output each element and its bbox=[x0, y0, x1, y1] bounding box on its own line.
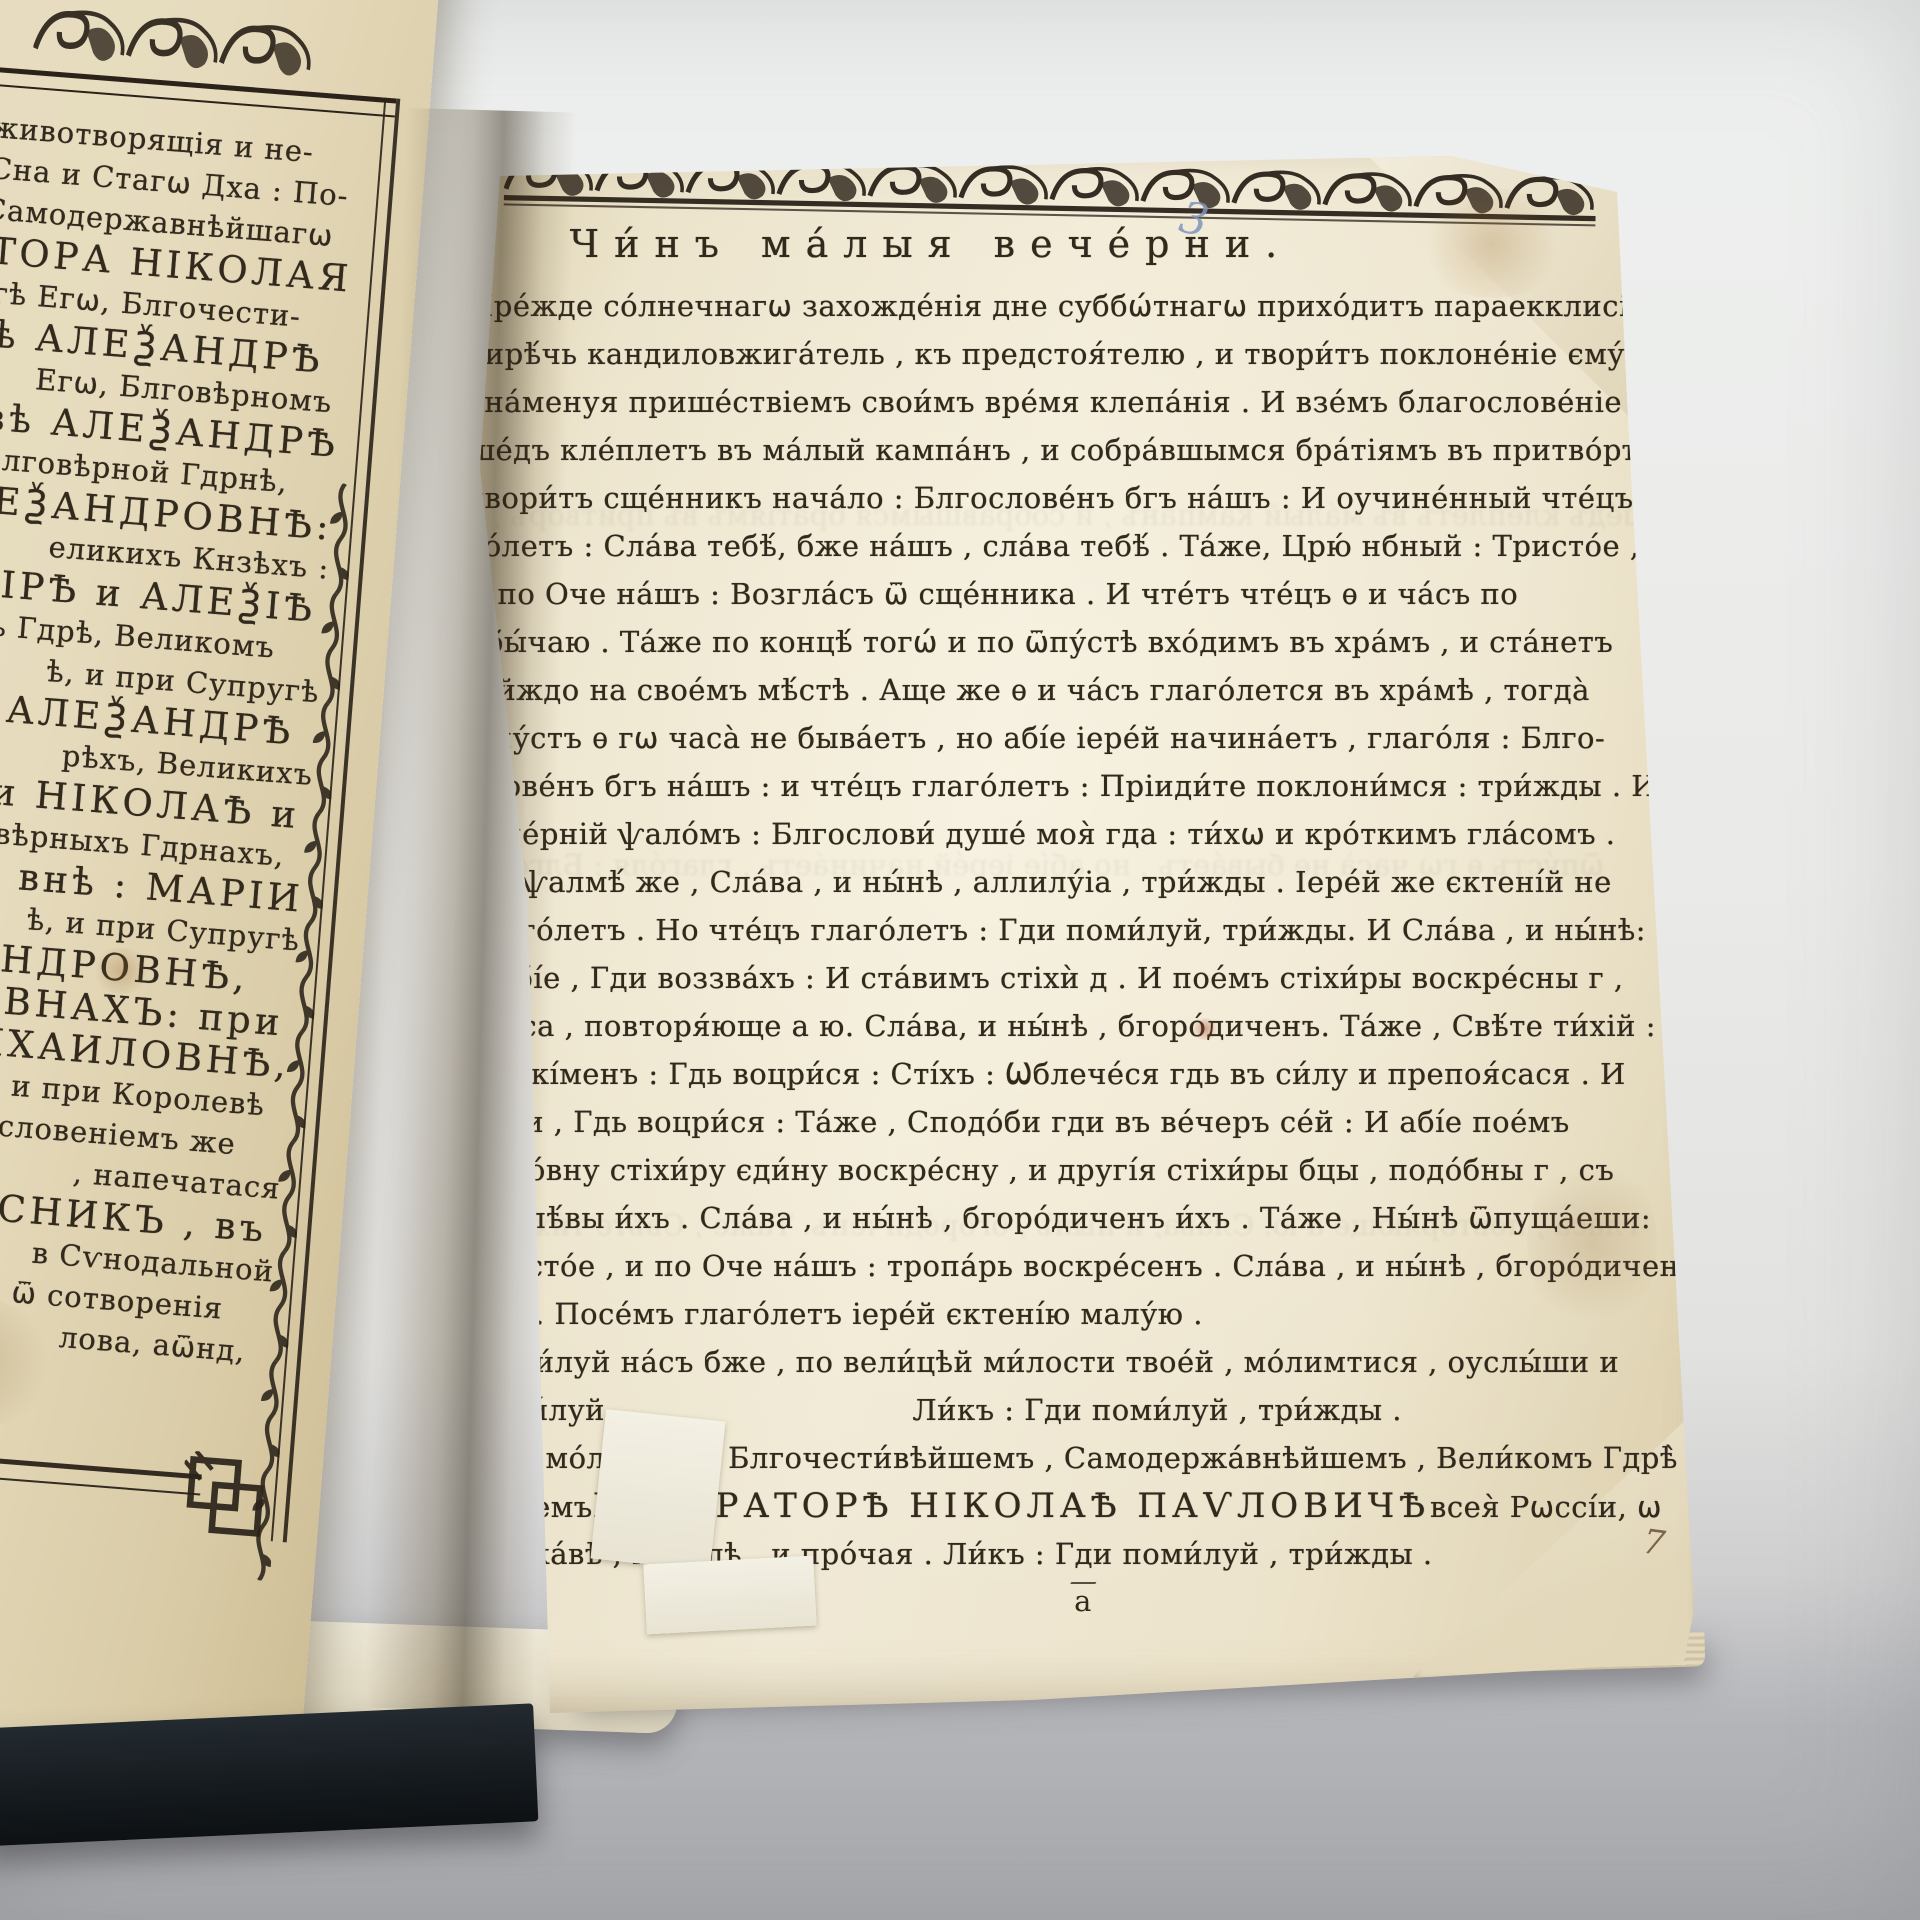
text-line: вече́рній ѱало́мъ : Блгослови́ душе́ моя… bbox=[468, 810, 1402, 858]
text-line: гла́са , повторя́юще а ю. Сла́ва, и ны́н… bbox=[468, 1002, 1402, 1050]
quire-signature: п ш bbox=[468, 1584, 554, 1618]
repair-tape bbox=[643, 1556, 816, 1635]
chapter-title: Чи́нъ ма́лыя вече́рни. bbox=[460, 222, 1402, 266]
text-line: ѿпу́стъ ѳ гѡ часа̀ не быва́етъ , но абі́… bbox=[468, 714, 1402, 762]
page-footer: п ш а bbox=[468, 1584, 1402, 1618]
text-line: слове́нъ бгъ на́шъ : и чте́цъ глаго́летъ… bbox=[468, 762, 1402, 810]
text-line: зна́менуя прише́ствіемъ свои́мъ вре́мя к… bbox=[468, 378, 1402, 426]
text-line: и по Оче на́шъ : Возгла́съ ѿ сще́нника .… bbox=[468, 570, 1402, 618]
litany-continuation: поми́луй . bbox=[468, 1386, 624, 1434]
text-line: Тристо́е , и по Оче на́шъ : тропа́рь вос… bbox=[468, 1242, 1402, 1290]
choir-response: Ли́къ : Гди поми́луй , три́жды . bbox=[912, 1386, 1402, 1434]
left-page-corner-knot-ornament bbox=[179, 1450, 271, 1542]
left-page-headpiece-fragment-ornament bbox=[33, 4, 316, 78]
text-line: ше́дъ кле́плетъ въ ма́лый кампа́нъ , и с… bbox=[468, 426, 1402, 474]
text-line: припѣ́вы и́хъ . Сла́ва , и ны́нѣ , бгоро… bbox=[468, 1194, 1402, 1242]
text-line: и абі́е , Гди воззва́хъ : И ста́вимъ сті… bbox=[468, 954, 1402, 1002]
text-line: стіхо́вну стіхи́ру єди́ну воскре́сну , и… bbox=[468, 1146, 1402, 1194]
left-page: ныя , животворящія и не- й Сна и Стагѡ Д… bbox=[0, 0, 450, 1804]
text-line: Пре́жде со́лнечнагѡ захожде́нія дне субб… bbox=[468, 282, 1402, 330]
repair-tape bbox=[590, 1409, 725, 1571]
text-line: кі́йждо на свое́мъ мѣ́стѣ . Аще же ѳ и ч… bbox=[468, 666, 1402, 714]
text-line: обы́чаю . Та́же по концѣ́ тогѡ́ и по ѿпу… bbox=[468, 618, 1402, 666]
text-line: твори́тъ сще́нникъ нача́ло : Блгослове́н… bbox=[468, 474, 1402, 522]
imperial-prefix: на́шемъ bbox=[468, 1483, 593, 1531]
text-line: сирѣ́чь кандиловжига́тель , къ предстоя́… bbox=[468, 330, 1402, 378]
photo-of-open-book: ныя , животворящія и не- й Сна и Стагѡ Д… bbox=[0, 0, 1920, 1920]
text-line: па́ки , Гдь воцри́ся : Та́же , Сподо́би … bbox=[468, 1098, 1402, 1146]
text-line: По ѱалмѣ́ же , Сла́ва , и ны́нѣ , аллилу… bbox=[468, 858, 1402, 906]
cyrillic-page-number: а bbox=[1074, 1584, 1091, 1618]
litany-line: Поми́луй на́съ бже , по вели́цѣй ми́лост… bbox=[468, 1338, 1402, 1386]
book-cover-edge bbox=[0, 1703, 538, 1846]
text-line: єгѡ̀ . Посе́мъ глаго́летъ іере́й єктені́… bbox=[468, 1290, 1402, 1338]
text-line: глаго́летъ . Но чте́цъ глаго́летъ : Гди … bbox=[468, 906, 1402, 954]
text-line: го́летъ : Сла́ва тебѣ́, бже на́шъ , сла́… bbox=[468, 522, 1402, 570]
left-page-border-bottom-rule bbox=[0, 1430, 202, 1496]
corner-crease-line bbox=[1644, 142, 1893, 460]
text-line: Прокі́менъ : Гдь воцри́ся : Сті́хъ : Ѡбл… bbox=[468, 1050, 1402, 1098]
imperial-suffix: всея̀ Рѡссі́и, ѡ bbox=[1430, 1483, 1662, 1531]
